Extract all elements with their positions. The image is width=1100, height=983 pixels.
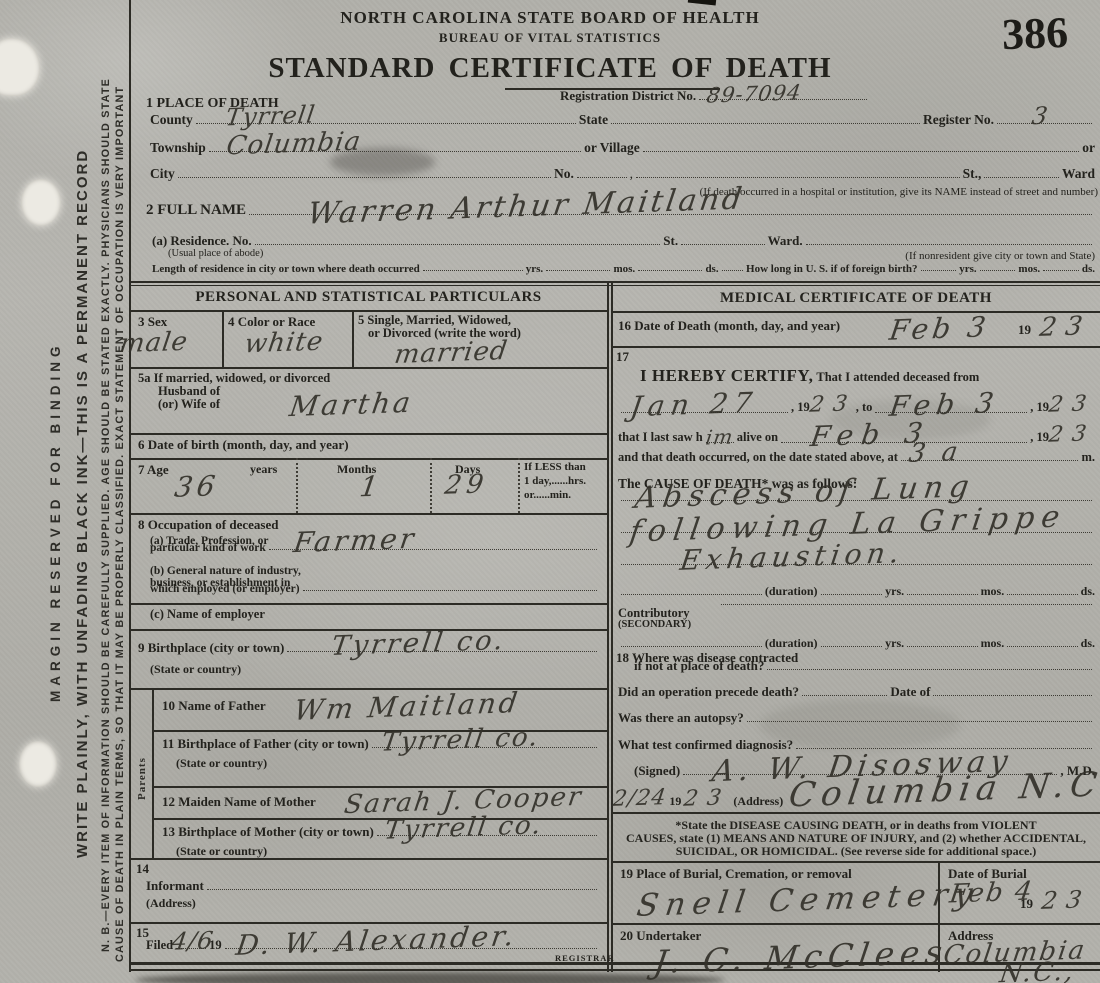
signed-label: (Signed) [634, 763, 680, 779]
contributory-dots-row [718, 602, 1095, 609]
rule [129, 310, 607, 312]
year2-prefix: , 19 [1030, 400, 1049, 415]
father-birthplace-row: 11 Birthplace of Father (city or town) T… [162, 736, 600, 752]
dod-year-value: 23 [1038, 311, 1094, 343]
undertaker-address-value-2: N.C., [998, 957, 1078, 983]
rule [129, 688, 607, 690]
dotted-leader: Tyrrell co. [377, 833, 597, 836]
dotted-leader [207, 887, 597, 890]
year2-value: 23 [1047, 391, 1097, 418]
dotted-leader [303, 588, 597, 591]
death-time-value: 3 a [907, 437, 964, 469]
mother-bp-value: Tyrrell co. [382, 810, 544, 845]
city-label: City [150, 166, 175, 182]
spouse-value: Martha [287, 386, 415, 423]
residence-row: (a) Residence. No. St. Ward. [152, 233, 1095, 249]
county-label: County [150, 112, 193, 128]
age-label: 7 Age [138, 462, 169, 478]
filed-row: Filed 4/6 19 D. W. Alexander. [146, 938, 600, 953]
test-label: What test confirmed diagnosis? [618, 737, 793, 753]
operation-label: Did an operation precede death? [618, 684, 799, 700]
board-title: NORTH CAROLINA STATE BOARD OF HEALTH [130, 8, 970, 28]
burial-value: Snell Cemetery [635, 876, 982, 924]
duration2-row: (duration) yrs. mos. ds. [618, 636, 1095, 651]
certify-rest: That I attended deceased from [816, 370, 979, 384]
father-label: 10 Name of Father [162, 698, 266, 714]
abode-note: (Usual place of abode) [168, 248, 263, 259]
ds-label: ds. [705, 263, 718, 275]
torn-corner-blob [0, 38, 40, 96]
certify-bold: I HEREBY CERTIFY, [640, 366, 813, 385]
ds2-label: ds. [1082, 263, 1095, 275]
dotted-leader [802, 693, 887, 696]
dotted-leader: Exhaustion. [621, 562, 1092, 565]
dotted-leader [621, 592, 762, 595]
father-bp-value: Tyrrell co. [379, 722, 541, 757]
fullname-row: 2 FULL NAME Warren Arthur Maitland [146, 202, 1095, 219]
signed-year-value: 23 [683, 785, 733, 812]
dotted-leader [178, 175, 551, 178]
how-long-us-label: How long in U. S. if of foreign birth? [746, 263, 918, 275]
last-saw-row: that I last saw h im alive on Feb 3 , 19… [618, 422, 1095, 447]
dotted-leader: Feb 3 [875, 410, 1027, 413]
filed-label: Filed [146, 938, 173, 953]
father-bp-label: 11 Birthplace of Father (city or town) [162, 736, 369, 752]
industry-label-3: which employed (or employer) [150, 583, 300, 595]
dotted-leader: Columbia [209, 149, 581, 152]
informant-number: 14 [136, 861, 149, 877]
duration2-mos-label: mos. [981, 636, 1005, 651]
dotted-leader: following La Grippe [621, 530, 1092, 533]
margin-nb-note-line2: CAUSE OF DEATH IN PLAIN TERMS, SO THAT I… [114, 86, 126, 962]
dob-label: 6 Date of birth (month, day, and year) [138, 437, 349, 453]
father-bp-note: (State or country) [176, 756, 267, 771]
edge-shadow-bottom [135, 972, 725, 983]
bureau-subtitle: BUREAU OF VITAL STATISTICS [130, 30, 970, 46]
rule [129, 458, 607, 460]
dotted-leader [806, 242, 1092, 245]
year1-prefix: , 19 [791, 400, 810, 415]
county-value: Tyrrell [224, 100, 318, 131]
death-occurred-label: and that death occurred, on the date sta… [618, 450, 898, 465]
scan-mark-top [688, 0, 716, 5]
length-residence-row: Length of residence in city or town wher… [152, 263, 1095, 275]
registrar-signature: D. W. Alexander. [233, 919, 518, 962]
rule [611, 812, 1100, 814]
dotted-leader [643, 149, 1080, 152]
informant-address-note: (Address) [146, 896, 196, 911]
burial-year-value: 23 [1040, 885, 1093, 915]
yrs2-label: yrs. [959, 263, 976, 275]
dotted-leader: 3 [997, 121, 1092, 124]
rule [129, 367, 607, 369]
industry-label-1: (b) General nature of industry, [150, 565, 301, 577]
dotted-leader [933, 693, 1092, 696]
cause-line-2: following La Grippe [618, 530, 1095, 537]
dotted-leader [423, 268, 523, 271]
dotted-leader: D. W. Alexander. [225, 946, 597, 949]
meridiem-label: m. [1081, 450, 1095, 465]
registration-value: 89-7094 [705, 80, 803, 107]
dotted-leader [611, 121, 920, 124]
attended-from-value: Jan 27 [628, 386, 760, 423]
punch-hole-top [21, 179, 61, 226]
rule [611, 923, 1100, 925]
mos2-label: mos. [1018, 263, 1040, 275]
rule [611, 311, 1100, 313]
dotted-leader [1007, 592, 1077, 595]
contracted-label-2: if not at place of death? [634, 658, 764, 674]
last-saw-label-1: that I last saw h [618, 430, 703, 445]
year1-value: 23 [808, 391, 858, 418]
autopsy-row: Was there an autopsy? [618, 710, 1095, 726]
date-of-death-label: 16 Date of Death (month, day, and year) [618, 318, 840, 334]
cell-divider [222, 310, 224, 367]
residence-st-label: St. [663, 233, 678, 249]
fullname-value: Warren Arthur Maitland [305, 181, 747, 231]
parents-label: Parents [136, 757, 148, 800]
trade-label-2: particular kind of work [150, 542, 266, 554]
last-saw-him-value: im [704, 425, 735, 450]
mother-birthplace-row: 13 Birthplace of Mother (city or town) T… [162, 824, 600, 840]
township-row: Township Columbia or Village or [150, 140, 1095, 156]
dotted-leader [721, 602, 1092, 605]
state-label: State [579, 112, 608, 128]
punch-hole-bottom [19, 741, 57, 787]
employer-label: (c) Name of employer [150, 607, 265, 622]
length-residence-label: Length of residence in city or town wher… [152, 263, 420, 275]
less-label-2: 1 day,......hrs. [524, 475, 586, 487]
fullname-label: 2 FULL NAME [146, 202, 246, 219]
dotted-leader [747, 719, 1092, 722]
city-row: City No. , St., Ward [150, 166, 1095, 182]
birthplace-value: Tyrrell co. [330, 625, 509, 662]
mother-label: 12 Maiden Name of Mother [162, 794, 316, 810]
dotted-leader: 89-7094 [699, 97, 867, 100]
duration-row: (duration) yrs. mos. ds. [618, 584, 1095, 599]
township-value: Columbia [224, 127, 363, 162]
signed-date-value: 2/24 [611, 785, 668, 812]
duration2-label: (duration) [765, 636, 818, 651]
contracted-row: if not at place of death? [634, 658, 1095, 674]
rule [129, 513, 607, 515]
dotted-leader: Tyrrell [196, 121, 576, 124]
duration-mos-label: mos. [981, 584, 1005, 599]
dotted-leader: Farmer [269, 547, 597, 550]
dotted-leader: Tyrrell co. [287, 649, 597, 652]
cell-divider [352, 310, 354, 367]
yrs-label: yrs. [526, 263, 543, 275]
dotted-leader [821, 644, 883, 647]
house-no-label: No. [554, 166, 574, 182]
residence-label: (a) Residence. No. [152, 233, 252, 249]
dotted-leader [621, 644, 762, 647]
signed-year-prefix: 19 [669, 794, 681, 808]
informant-label: Informant [146, 878, 204, 894]
year3-value: 23 [1047, 421, 1097, 448]
register-no-label: Register No. [923, 112, 994, 128]
cell-divider-dotted [430, 458, 432, 513]
death-occurred-row: and that death occurred, on the date sta… [618, 450, 1095, 465]
dotted-leader [1007, 644, 1077, 647]
section-divider-top [129, 281, 1100, 283]
dotted-leader [577, 175, 627, 178]
column-divider-b [611, 283, 613, 972]
autopsy-label: Was there an autopsy? [618, 710, 744, 726]
dotted-leader [907, 644, 977, 647]
rule [129, 433, 607, 435]
column-divider-a [607, 283, 609, 972]
trade-row: particular kind of work Farmer [150, 542, 600, 554]
dod-year-prefix: 19 [1018, 322, 1031, 338]
age-value: 36 [173, 469, 222, 504]
dotted-leader [980, 268, 1016, 271]
mos-label: mos. [613, 263, 635, 275]
last-saw-label-2: alive on [737, 430, 778, 445]
certify-line: I HEREBY CERTIFY, That I attended deceas… [640, 366, 979, 386]
registration-label: Registration District No. [560, 88, 696, 104]
date-of-death-value: Feb 3 [887, 310, 991, 346]
medical-section-title: MEDICAL CERTIFICATE OF DEATH [612, 290, 1100, 307]
death-certificate-scan: MARGIN RESERVED FOR BINDING WRITE PLAINL… [0, 0, 1100, 983]
or-suffix-label: or [1082, 140, 1095, 156]
register-no-value: 3 [1030, 102, 1050, 131]
contributory-label-2: (SECONDARY) [618, 619, 691, 630]
dotted-leader [907, 592, 977, 595]
margin-permanent-note: WRITE PLAINLY, WITH UNFADING BLACK INK—T… [74, 149, 91, 858]
dotted-leader: im [706, 440, 734, 443]
cause-value-3: Exhaustion. [678, 536, 906, 577]
operation-row: Did an operation precede death? Date of [618, 684, 1095, 700]
footnote-line-3: SUICIDAL, OR HOMICIDAL. (See reverse sid… [616, 844, 1096, 859]
certificate-number: 386 [1001, 7, 1069, 60]
age-years-label: years [250, 462, 277, 477]
to-label: , to [856, 400, 873, 415]
margin-nb-note-line1: N. B.—EVERY ITEM OF INFORMATION SHOULD B… [100, 78, 112, 952]
duration2-yrs-label: yrs. [885, 636, 904, 651]
duration-ds-label: ds. [1081, 584, 1095, 599]
color-race-value: white [243, 327, 326, 360]
dotted-leader [546, 268, 610, 271]
parents-cell-divider [152, 688, 154, 860]
dotted-leader [821, 592, 883, 595]
dotted-leader: Tyrrell co. [372, 745, 597, 748]
dotted-leader: Feb 3 [781, 440, 1027, 443]
dotted-leader: Warren Arthur Maitland [249, 212, 1092, 215]
less-label-1: If LESS than [524, 461, 586, 473]
dotted-leader [767, 667, 1092, 670]
comma-label: , [630, 166, 633, 182]
street-label: St., [963, 166, 982, 182]
spouse-label-3: (or) Wife of [158, 397, 220, 412]
dotted-leader [921, 268, 957, 271]
burial-year-prefix: 19 [1020, 896, 1033, 912]
dotted-leader [984, 175, 1059, 178]
village-label: or Village [584, 140, 640, 156]
section-divider-top2 [129, 285, 1100, 286]
attended-dates-row: Jan 27 , 19 23 , to Feb 3 , 19 23 [618, 392, 1095, 417]
industry-row: which employed (or employer) [150, 583, 600, 595]
duration-label: (duration) [765, 584, 818, 599]
less-label-3: or......min. [524, 489, 571, 501]
township-label: Township [150, 140, 206, 156]
dotted-leader: 4/6 [176, 946, 206, 949]
dotted-leader [681, 242, 765, 245]
days-value: 29 [443, 469, 491, 500]
filed-value: 4/6 [170, 926, 216, 955]
birthplace-note: (State or country) [150, 662, 241, 677]
rule [129, 603, 607, 605]
rule [611, 346, 1100, 348]
months-value: 1 [358, 470, 382, 504]
personal-section-title: PERSONAL AND STATISTICAL PARTICULARS [130, 289, 607, 306]
duration-yrs-label: yrs. [885, 584, 904, 599]
county-row: County Tyrrell State Register No. 3 [150, 112, 1095, 128]
date-of-label: Date of [890, 684, 930, 700]
form-left-border [129, 0, 131, 972]
ward-label: Ward [1062, 166, 1095, 182]
informant-row: Informant [146, 878, 600, 894]
birthplace-label: 9 Birthplace (city or town) [138, 640, 284, 656]
cell-divider-dotted [296, 458, 298, 513]
certificate-title: STANDARD CERTIFICATE OF DEATH [130, 52, 970, 85]
cell-divider-dotted [518, 458, 520, 513]
margin-binding-note: MARGIN RESERVED FOR BINDING [48, 341, 63, 702]
nonresident-note: (If nonresident give city or town and St… [790, 250, 1095, 262]
rule [611, 861, 1100, 863]
dotted-leader [722, 268, 743, 271]
year3-prefix: , 19 [1030, 430, 1049, 445]
mother-bp-note: (State or country) [176, 844, 267, 859]
birthplace-row: 9 Birthplace (city or town) Tyrrell co. [138, 640, 600, 656]
father-value: Wm Maitland [292, 686, 522, 727]
dotted-leader [1043, 268, 1079, 271]
cause-line-3: Exhaustion. [618, 562, 1095, 569]
residence-ward-label: Ward. [768, 233, 803, 249]
dotted-leader: 3 a [901, 458, 1078, 461]
dotted-leader [638, 268, 702, 271]
dotted-leader: Jan 27 [621, 410, 788, 413]
marital-value: married [393, 336, 510, 370]
duration2-ds-label: ds. [1081, 636, 1095, 651]
occupation-label: 8 Occupation of deceased [138, 517, 278, 533]
rule [129, 858, 607, 860]
dotted-leader [636, 175, 960, 178]
burial-label: 19 Place of Burial, Cremation, or remova… [620, 866, 852, 882]
mother-bp-label: 13 Birthplace of Mother (city or town) [162, 824, 374, 840]
address-paren-label: (Address) [733, 794, 783, 808]
registration-row: Registration District No. 89-7094 [560, 88, 870, 104]
signed-date-row: 2/24 19 23 (Address) [613, 786, 783, 811]
sex-value: male [118, 327, 190, 359]
dotted-leader [255, 242, 661, 245]
item-17-number: 17 [616, 349, 629, 365]
trade-value: Farmer [291, 522, 418, 559]
